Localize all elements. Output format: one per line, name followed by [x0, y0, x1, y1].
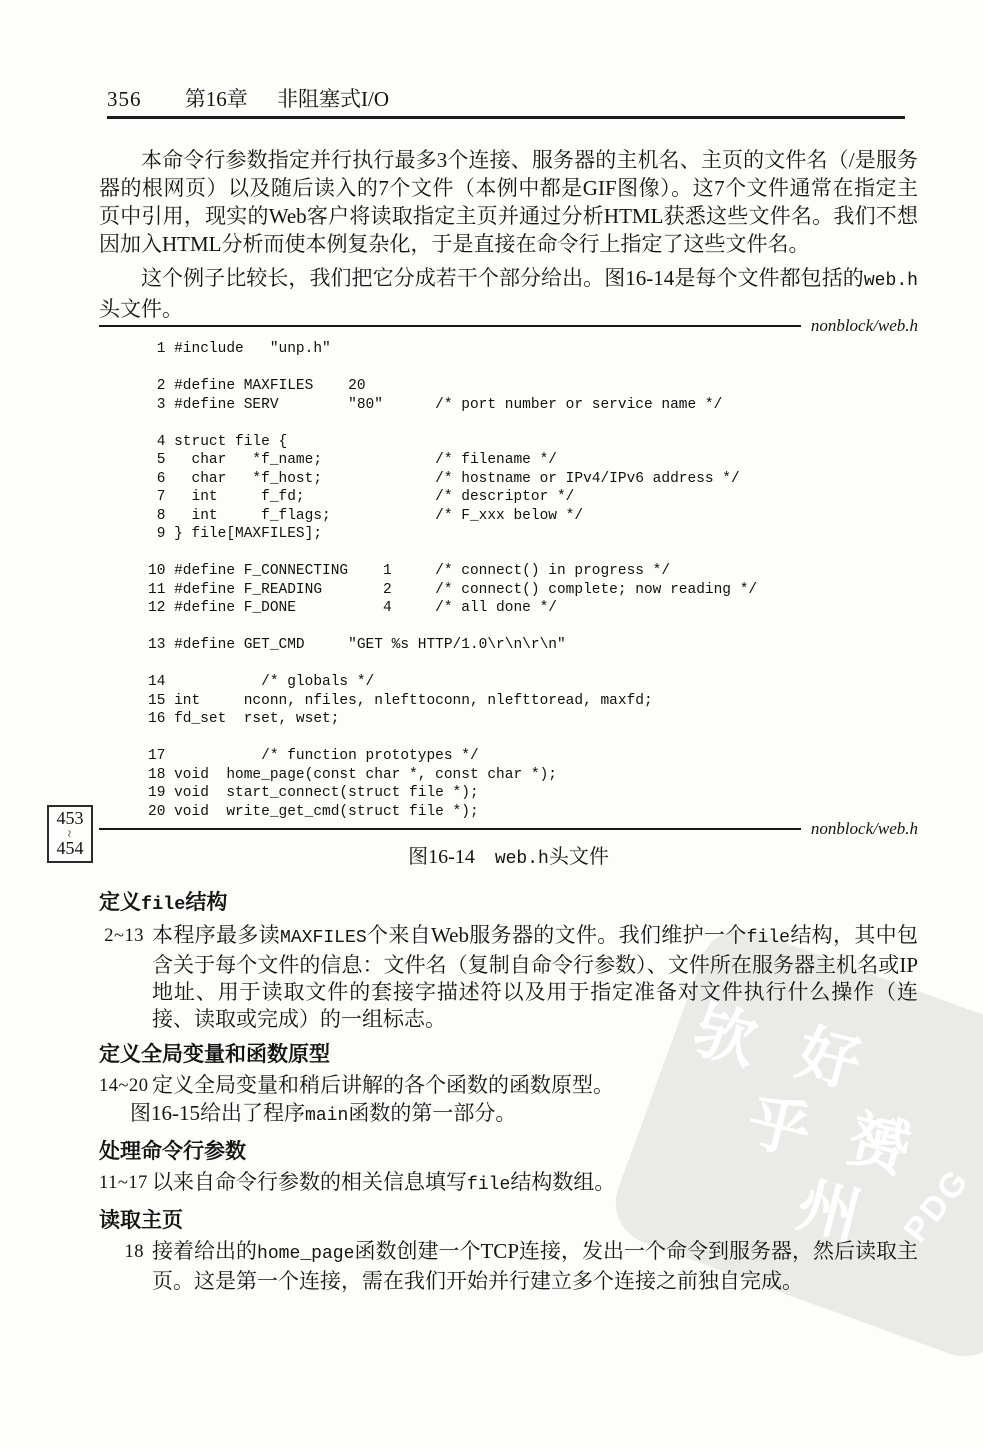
intro-paragraph-2-text: 这个例子比较长，我们把它分成若干个部分给出。图16-14是每个文件都包括的web… [99, 266, 918, 321]
book-page: 欤 好 乎 赟 州 PDG 356 第16章 非阻塞式I/O 453 ~ 454… [0, 0, 983, 1447]
section-define-file-struct: 定义file结构 2~13 本程序最多读MAXFILES个来自Web服务器的文件… [99, 888, 918, 1033]
inline-code: file [747, 928, 790, 948]
line-range-label: 14~20 [99, 1073, 144, 1100]
commentary-text: 以来自命令行参数的相关信息填写file结构数组。 [152, 1170, 615, 1194]
section-heading: 定义全局变量和函数原型 [99, 1040, 918, 1070]
code-listing: 1 #include "unp.h" 2 #define MAXFILES 20… [148, 340, 918, 821]
chapter-label: 第16章 [185, 86, 248, 112]
intro-paragraph-2: 这个例子比较长，我们把它分成若干个部分给出。图16-14是每个文件都包括的web… [99, 264, 918, 323]
listing-source-label-top: nonblock/web.h [811, 318, 918, 334]
inline-code: main [305, 1106, 348, 1126]
section-heading: 读取主页 [99, 1206, 918, 1236]
commentary-item: 11~17 以来自命令行参数的相关信息填写file结构数组。 [99, 1169, 918, 1199]
inline-code: home_page [257, 1244, 354, 1264]
line-range-label: 18 [99, 1239, 144, 1266]
inline-code: file [467, 1175, 510, 1195]
commentary-item: 2~13 本程序最多读MAXFILES个来自Web服务器的文件。我们维护一个fi… [99, 922, 918, 1033]
section-heading: 定义file结构 [99, 888, 918, 920]
commentary-sections: 定义file结构 2~13 本程序最多读MAXFILES个来自Web服务器的文件… [99, 882, 918, 1295]
listing-source-label-bottom: nonblock/web.h [811, 821, 918, 837]
commentary-text: 定义全局变量和稍后讲解的各个函数的函数原型。 [152, 1073, 614, 1097]
listing-bottom-rule-row: nonblock/web.h [99, 821, 918, 837]
running-head-rule [107, 116, 905, 119]
chapter-title: 非阻塞式I/O [277, 87, 389, 111]
section-define-globals: 定义全局变量和函数原型 14~20 定义全局变量和稍后讲解的各个函数的函数原型。… [99, 1040, 918, 1130]
intro-paragraph-1: 本命令行参数指定并行执行最多3个连接、服务器的主机名、主页的文件名（/是服务器的… [99, 146, 918, 258]
commentary-item: 18 接着给出的home_page函数创建一个TCP连接，发出一个命令到服务器，… [99, 1238, 918, 1295]
line-range-label: 11~17 [99, 1170, 144, 1197]
margin-tilde: ~ [65, 813, 76, 855]
section-read-home-page: 读取主页 18 接着给出的home_page函数创建一个TCP连接，发出一个命令… [99, 1206, 918, 1295]
page-number: 356 [107, 86, 142, 112]
inline-code: web.h [864, 271, 918, 291]
code-listing-figure: nonblock/web.h 1 #include "unp.h" 2 #def… [99, 318, 918, 871]
horizontal-rule [99, 828, 801, 830]
inline-code: file [141, 894, 185, 915]
listing-top-rule-row: nonblock/web.h [99, 318, 918, 334]
figure-caption: 图16-14 web.h头文件 [99, 845, 918, 871]
commentary-note: 图16-15给出了程序main函数的第一部分。 [130, 1100, 918, 1130]
section-heading: 处理命令行参数 [99, 1137, 918, 1167]
commentary-text: 本程序最多读MAXFILES个来自Web服务器的文件。我们维护一个file结构，… [152, 923, 918, 1031]
section-process-args: 处理命令行参数 11~17 以来自命令行参数的相关信息填写file结构数组。 [99, 1137, 918, 1199]
running-head: 356 第16章 非阻塞式I/O [107, 86, 389, 112]
commentary-text: 接着给出的home_page函数创建一个TCP连接，发出一个命令到服务器，然后读… [152, 1239, 918, 1293]
commentary-item: 14~20 定义全局变量和稍后讲解的各个函数的函数原型。 [99, 1072, 918, 1099]
horizontal-rule [99, 325, 801, 327]
line-range-label: 2~13 [99, 923, 144, 950]
margin-page-range: 453 ~ 454 [47, 805, 93, 863]
inline-code: web.h [495, 849, 549, 869]
intro-block: 本命令行参数指定并行执行最多3个连接、服务器的主机名、主页的文件名（/是服务器的… [99, 146, 918, 323]
inline-code: MAXFILES [280, 928, 367, 948]
